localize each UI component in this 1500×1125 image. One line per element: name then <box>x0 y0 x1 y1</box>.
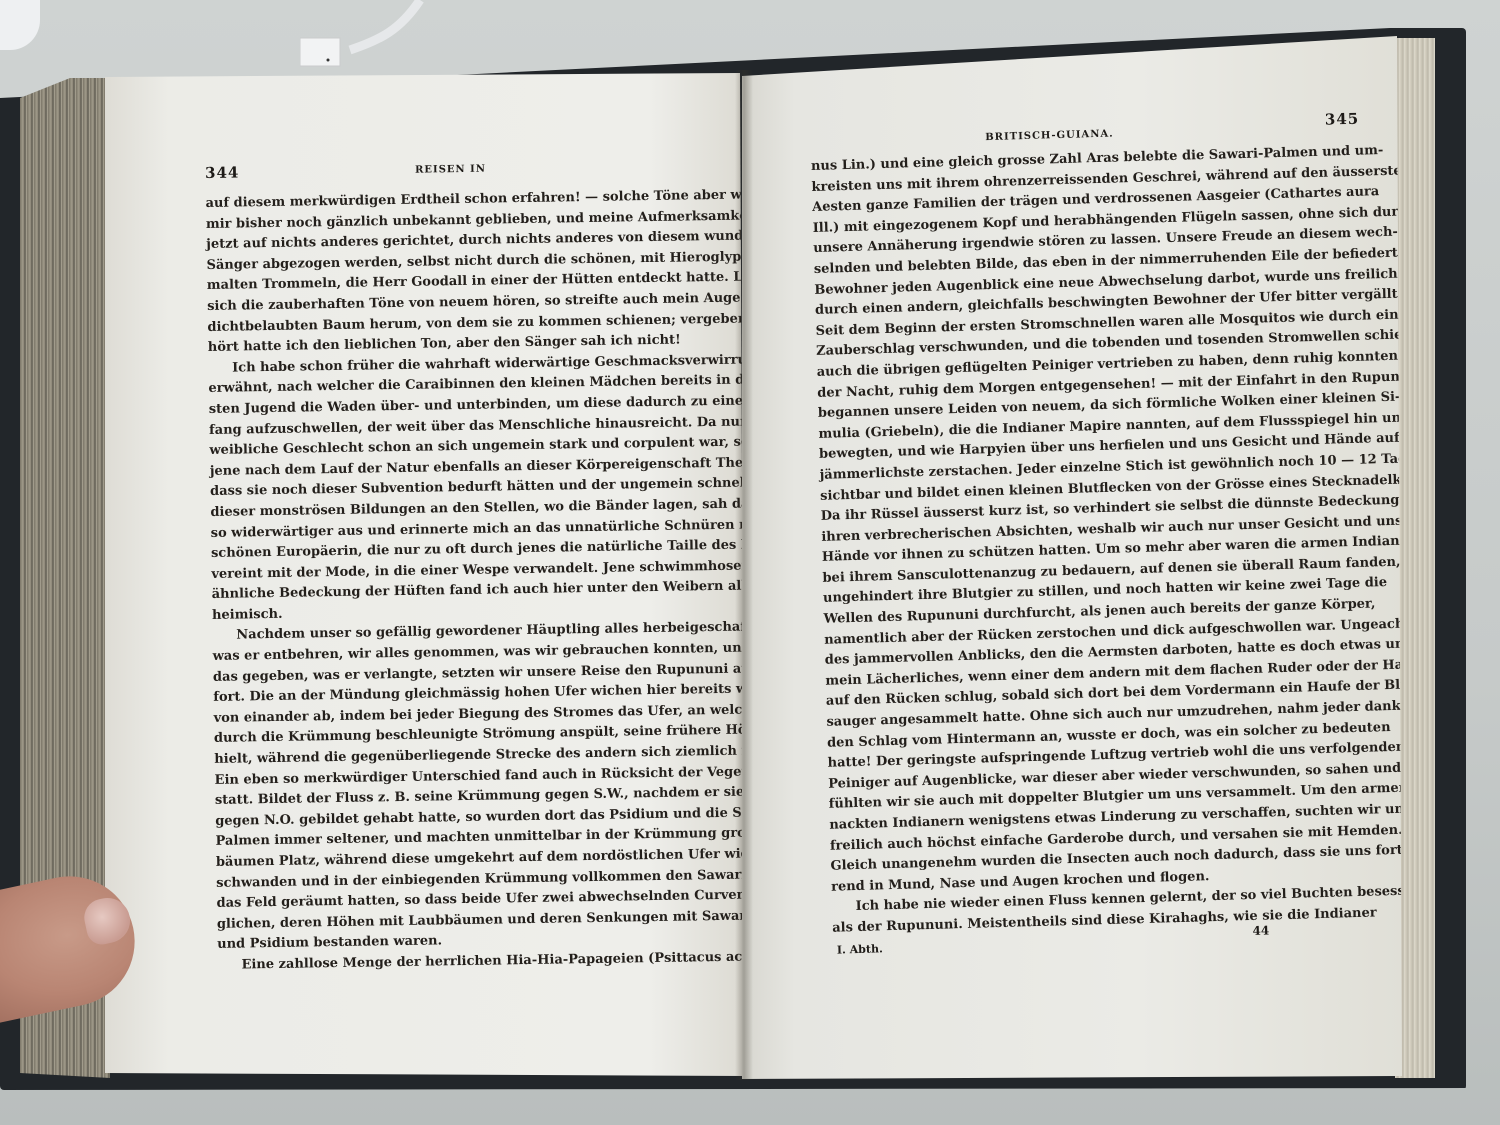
signature-mark: I. Abth. <box>837 942 883 956</box>
running-head: REISEN IN <box>415 164 486 176</box>
right-page: BRITISCH-GUIANA. 345 nus Lin.) und eine … <box>742 36 1402 1079</box>
page-number: 345 <box>1325 110 1360 129</box>
charging-cable <box>300 0 430 70</box>
signature-number: 44 <box>1252 923 1269 937</box>
left-page: 344 REISEN IN auf diesem merkwürdigen Er… <box>105 73 745 1076</box>
book-gutter <box>735 70 753 1080</box>
right-text-block: BRITISCH-GUIANA. 345 nus Lin.) und eine … <box>810 116 1373 967</box>
left-body-text: auf diesem merkwürdigen Erdtheil schon e… <box>205 186 707 976</box>
page-number: 344 <box>205 163 240 182</box>
right-body-text: nus Lin.) und eine gleich grosse Zahl Ar… <box>811 142 1373 939</box>
left-text-block: 344 REISEN IN auf diesem merkwürdigen Er… <box>205 160 708 976</box>
running-head: BRITISCH-GUIANA. <box>985 129 1114 144</box>
